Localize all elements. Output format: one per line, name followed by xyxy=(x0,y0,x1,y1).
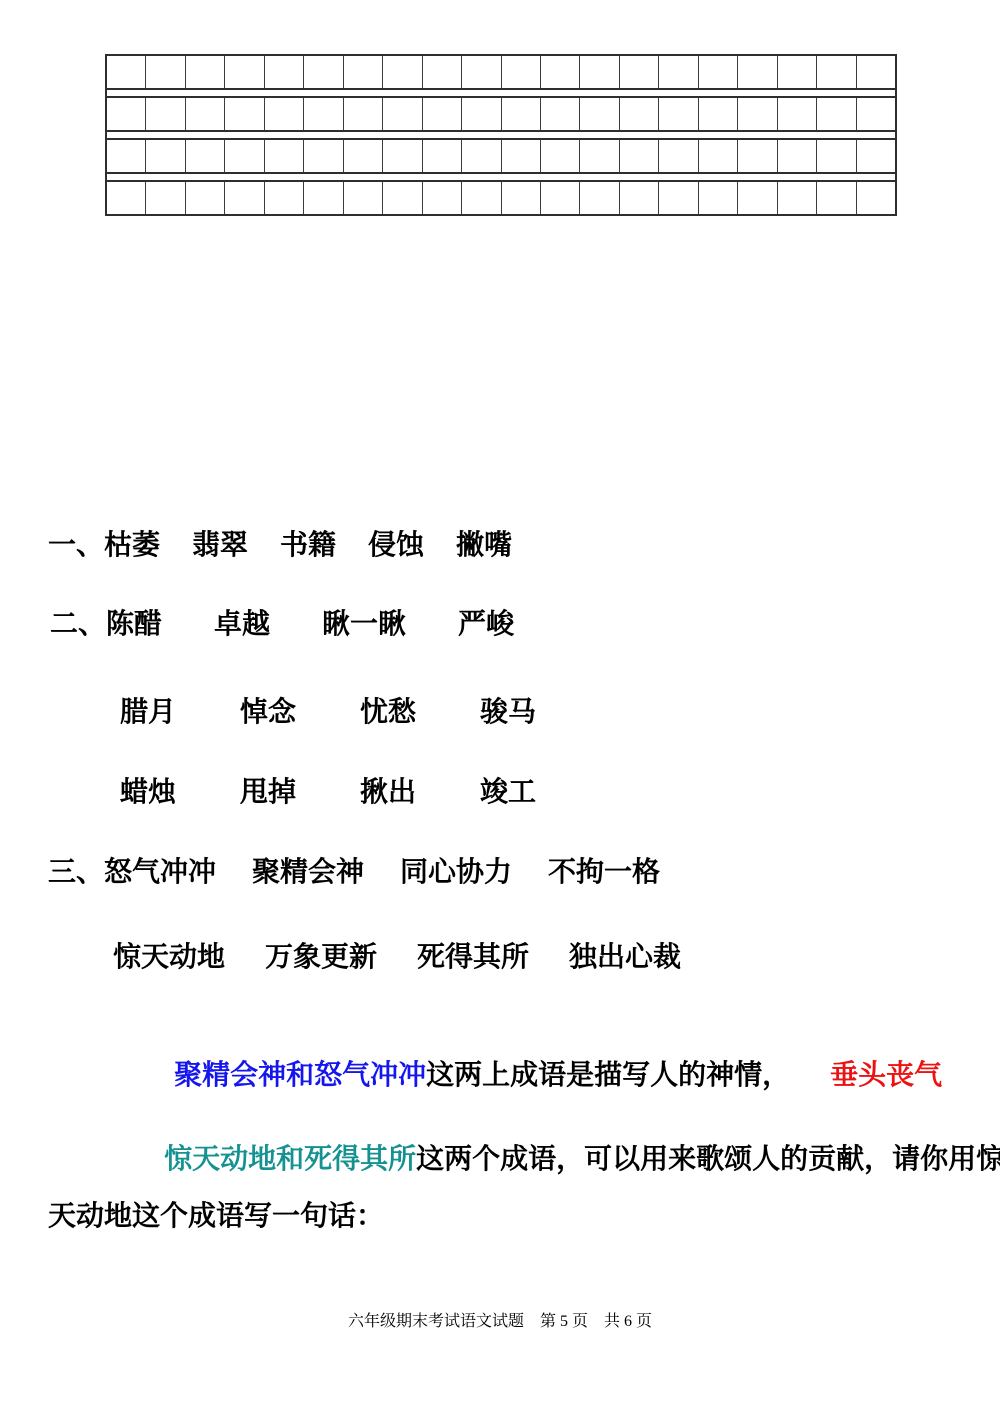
word: 同心协力 xyxy=(400,856,512,888)
writing-cell xyxy=(186,98,225,130)
word: 翡翠 xyxy=(192,529,248,561)
word: 万象更新 xyxy=(265,941,377,973)
line-7-black-text: 这两上成语是描写人的神情， xyxy=(426,1059,790,1090)
writing-cell xyxy=(659,182,698,214)
writing-cell xyxy=(344,56,383,88)
writing-cell xyxy=(107,140,146,172)
word: 竣工 xyxy=(480,776,536,808)
writing-cell xyxy=(580,182,619,214)
answer-line-9: 天动地这个成语写一句话： xyxy=(48,1200,384,1232)
word: 骏马 xyxy=(480,696,536,728)
writing-cell xyxy=(857,56,895,88)
writing-cell xyxy=(659,98,698,130)
writing-cell xyxy=(423,98,462,130)
writing-cell xyxy=(304,56,343,88)
grid-row xyxy=(107,98,895,132)
blue-idioms-text: 聚精会神和怒气冲冲 xyxy=(174,1059,426,1090)
writing-cell xyxy=(225,56,264,88)
writing-cell xyxy=(502,182,541,214)
answer-line-7: 聚精会神和怒气冲冲这两上成语是描写人的神情，垂头丧气 xyxy=(143,1027,942,1123)
writing-cell xyxy=(620,182,659,214)
writing-cell xyxy=(186,140,225,172)
writing-cell xyxy=(146,182,185,214)
grid-row xyxy=(107,140,895,174)
word: 悼念 xyxy=(240,696,296,728)
word: 二、陈醋 xyxy=(50,608,162,640)
word: 瞅一瞅 xyxy=(322,608,406,640)
grid-separator-band xyxy=(107,132,895,140)
writing-cell xyxy=(462,98,501,130)
writing-cell xyxy=(225,98,264,130)
writing-cell xyxy=(344,98,383,130)
writing-cell xyxy=(383,56,422,88)
writing-cell xyxy=(304,98,343,130)
writing-cell xyxy=(265,140,304,172)
word: 蜡烛 xyxy=(120,776,176,808)
writing-cell xyxy=(146,140,185,172)
writing-cell xyxy=(817,182,856,214)
writing-cell xyxy=(817,56,856,88)
writing-cell xyxy=(502,98,541,130)
writing-cell xyxy=(620,98,659,130)
writing-cell xyxy=(817,140,856,172)
writing-cell xyxy=(541,56,580,88)
writing-cell xyxy=(817,98,856,130)
word: 死得其所 xyxy=(417,941,529,973)
writing-cell xyxy=(620,56,659,88)
writing-cell xyxy=(107,98,146,130)
word: 三、怒气冲冲 xyxy=(48,856,216,888)
writing-cell xyxy=(541,98,580,130)
word: 不拘一格 xyxy=(548,856,660,888)
writing-cell xyxy=(699,182,738,214)
page-footer: 六年级期末考试语文试题 第 5 页 共 6 页 xyxy=(0,1308,1000,1331)
grid-separator-band xyxy=(107,174,895,182)
writing-cell xyxy=(344,182,383,214)
writing-cell xyxy=(107,56,146,88)
writing-cell xyxy=(857,98,895,130)
word: 书籍 xyxy=(280,529,336,561)
answer-line-8: 惊天动地和死得其所这两个成语，可以用来歌颂人的贡献，请你用惊 xyxy=(133,1111,1000,1207)
grid-row xyxy=(107,182,895,214)
writing-cell xyxy=(857,182,895,214)
writing-cell xyxy=(738,182,777,214)
writing-cell xyxy=(186,56,225,88)
writing-cell xyxy=(580,140,619,172)
writing-cell xyxy=(383,182,422,214)
writing-cell xyxy=(225,140,264,172)
writing-cell xyxy=(502,140,541,172)
writing-cell xyxy=(699,140,738,172)
writing-cell xyxy=(620,140,659,172)
answer-line-6: 惊天动地万象更新死得其所独出心裁 xyxy=(113,941,681,973)
writing-cell xyxy=(699,56,738,88)
writing-cell xyxy=(738,98,777,130)
writing-cell xyxy=(265,182,304,214)
word: 严峻 xyxy=(458,608,514,640)
exam-paper-page: 一、枯萎翡翠书籍侵蚀撇嘴 二、陈醋卓越瞅一瞅严峻 腊月悼念忧愁骏马 蜡烛甩掉揪出… xyxy=(0,0,1000,1415)
writing-cell xyxy=(304,140,343,172)
writing-cell xyxy=(265,98,304,130)
writing-cell xyxy=(265,56,304,88)
word: 独出心裁 xyxy=(569,941,681,973)
writing-cell xyxy=(107,182,146,214)
word: 聚精会神 xyxy=(252,856,364,888)
teal-idioms-text: 惊天动地和死得其所 xyxy=(164,1143,416,1174)
writing-cell xyxy=(580,56,619,88)
writing-cell xyxy=(778,182,817,214)
writing-cell xyxy=(738,56,777,88)
answer-line-1: 一、枯萎翡翠书籍侵蚀撇嘴 xyxy=(48,529,512,561)
writing-cell xyxy=(580,98,619,130)
writing-cell xyxy=(462,182,501,214)
writing-cell xyxy=(738,140,777,172)
writing-cell xyxy=(186,182,225,214)
answer-line-4: 蜡烛甩掉揪出竣工 xyxy=(120,776,536,808)
word: 忧愁 xyxy=(360,696,416,728)
answer-line-3: 腊月悼念忧愁骏马 xyxy=(120,696,536,728)
word: 一、枯萎 xyxy=(48,529,160,561)
writing-cell xyxy=(778,56,817,88)
writing-cell xyxy=(344,140,383,172)
answer-line-5: 三、怒气冲冲聚精会神同心协力不拘一格 xyxy=(48,856,660,888)
word: 甩掉 xyxy=(240,776,296,808)
writing-grid xyxy=(105,54,897,216)
writing-cell xyxy=(541,140,580,172)
word: 侵蚀 xyxy=(368,529,424,561)
word: 腊月 xyxy=(120,696,176,728)
word: 揪出 xyxy=(360,776,416,808)
writing-cell xyxy=(423,140,462,172)
line-8-black-text: 这两个成语，可以用来歌颂人的贡献，请你用惊 xyxy=(416,1143,1000,1174)
writing-cell xyxy=(502,56,541,88)
writing-cell xyxy=(659,56,698,88)
writing-cell xyxy=(462,56,501,88)
writing-cell xyxy=(423,182,462,214)
writing-cell xyxy=(699,98,738,130)
writing-cell xyxy=(146,98,185,130)
writing-cell xyxy=(462,140,501,172)
writing-cell xyxy=(423,56,462,88)
writing-cell xyxy=(857,140,895,172)
word: 撇嘴 xyxy=(456,529,512,561)
writing-cell xyxy=(304,182,343,214)
writing-cell xyxy=(146,56,185,88)
writing-cell xyxy=(225,182,264,214)
writing-cell xyxy=(383,98,422,130)
writing-cell xyxy=(541,182,580,214)
answer-line-2: 二、陈醋卓越瞅一瞅严峻 xyxy=(50,608,514,640)
grid-row xyxy=(107,56,895,90)
writing-cell xyxy=(659,140,698,172)
writing-cell xyxy=(383,140,422,172)
writing-cell xyxy=(778,140,817,172)
word: 卓越 xyxy=(214,608,270,640)
writing-cell xyxy=(778,98,817,130)
red-idiom-text: 垂头丧气 xyxy=(830,1059,942,1090)
grid-separator-band xyxy=(107,90,895,98)
word: 惊天动地 xyxy=(113,941,225,973)
